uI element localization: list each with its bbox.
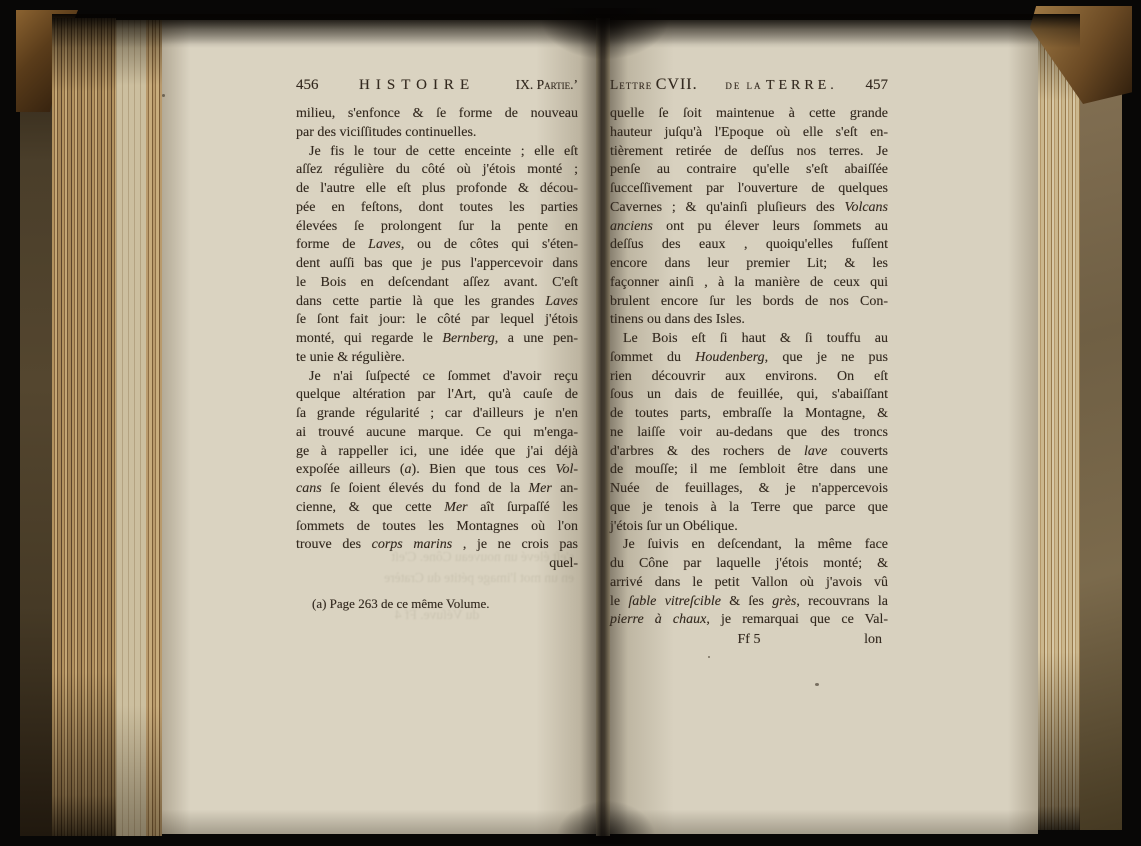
italic-text-segment: Houdenberg bbox=[695, 350, 764, 365]
text-segment: & ſes bbox=[721, 594, 772, 609]
italic-text-segment: Mer bbox=[444, 500, 467, 515]
dust-speck bbox=[708, 656, 710, 658]
text-segment: de toutes parts, embraſſe la Montagne, & bbox=[610, 406, 888, 421]
text-line: dent auſſi bas que je pus l'appercevoir … bbox=[296, 255, 578, 274]
text-segment: du Cône par laquelle j'étois monté; & bbox=[610, 556, 888, 571]
text-line: trouve des corps marins , je ne crois pa… bbox=[296, 536, 578, 555]
right-header-dela: de la bbox=[725, 78, 762, 92]
right-header-lettre: Lettre bbox=[610, 77, 652, 92]
text-line: de l'autre elle eſt plus profonde & déco… bbox=[296, 180, 578, 199]
text-line: forme de Laves, ou de côtes qui s'éten- bbox=[296, 236, 578, 255]
text-line: ge à rappeller ici, une idée que j'ai dé… bbox=[296, 443, 578, 462]
gathering-signature: Ff 5 bbox=[738, 631, 761, 650]
text-segment: façonner ainſi , à la manière de ceux qu… bbox=[610, 275, 888, 290]
text-line: Je n'ai ſuſpecté ce ſommet d'avoir reçu bbox=[296, 368, 578, 387]
text-segment: ). Bien que tous ces bbox=[412, 462, 556, 477]
dust-speck bbox=[162, 94, 165, 97]
text-segment: Nuée de feuillages, & je n'appercevois bbox=[610, 481, 888, 496]
italic-text-segment: pierre à chaux bbox=[610, 612, 706, 627]
text-segment: encore dans leur premier Lit; & les bbox=[610, 256, 888, 271]
text-segment: monté, qui regarde le bbox=[296, 331, 442, 346]
text-segment: deſſus des eaux , quoiqu'elles fuſſent bbox=[610, 237, 888, 252]
right-page-edges bbox=[1038, 20, 1080, 830]
left-page-edges-inner-band bbox=[146, 20, 162, 836]
text-segment: Je fis le tour de cette enceinte ; elle … bbox=[309, 144, 578, 159]
text-segment: ſe ſoient élevés du fond de la bbox=[322, 481, 529, 496]
text-segment: forme de bbox=[296, 237, 368, 252]
italic-text-segment: Laves bbox=[545, 294, 578, 309]
italic-text-segment: Laves bbox=[368, 237, 401, 252]
text-segment: Cavernes ; & qu'ainſi pluſieurs des bbox=[610, 200, 844, 215]
text-segment: , recouvrans la bbox=[796, 594, 888, 609]
text-line: cans ſe ſoient élevés du fond de la Mer … bbox=[296, 480, 578, 499]
dust-speck bbox=[815, 683, 819, 686]
text-segment: ſous un dais de feuillée, qui, s'abaiſſa… bbox=[610, 387, 888, 402]
text-line: ne laiſſe voir au-dedans que des troncs bbox=[610, 424, 888, 443]
text-line: pierre à chaux, je remarquai que ce Val- bbox=[610, 611, 888, 630]
text-line: penſe au contraire qu'elle s'eſt abaiſſé… bbox=[610, 161, 888, 180]
text-line: ſucceſſivement par l'ouverture de quelqu… bbox=[610, 180, 888, 199]
text-line: ſe ſont fait jour: le côté par lequel j'… bbox=[296, 311, 578, 330]
text-segment: te unie & régulière. bbox=[296, 350, 405, 365]
gutter-top-shadow bbox=[540, 8, 670, 60]
text-line: quelque altération par l'Art, qu'à cauſe… bbox=[296, 386, 578, 405]
text-segment: de l'autre elle eſt plus profonde & déco… bbox=[296, 181, 578, 196]
left-page-edges-light-band bbox=[116, 20, 146, 836]
text-segment: couverts bbox=[827, 444, 888, 459]
text-line: cienne, & que cette Mer aît ſurpaſſé les bbox=[296, 499, 578, 518]
text-line: encore dans leur premier Lit; & les bbox=[610, 255, 888, 274]
left-header-part-number: IX. bbox=[516, 77, 534, 92]
text-segment: aſſez régulière du côté où j'étois monté… bbox=[296, 162, 578, 177]
text-line: rien découvrir aux environs. On eſt bbox=[610, 368, 888, 387]
text-segment: ſa grande régularité ; car d'ailleurs je… bbox=[296, 406, 578, 421]
text-line: Je ſuivis en deſcendant, la même face bbox=[610, 536, 888, 555]
right-header-title-group: de la TERRE. bbox=[725, 76, 837, 96]
text-line: façonner ainſi , à la manière de ceux qu… bbox=[610, 274, 888, 293]
text-line: que je tenois à la Terre que parce que bbox=[610, 499, 888, 518]
right-catchword: lon bbox=[864, 631, 882, 650]
text-line: arrivé dans le petit Vallon où j'avois v… bbox=[610, 574, 888, 593]
text-line: pée en feſtons, dont toutes les parties bbox=[296, 199, 578, 218]
italic-text-segment: ſable vitreſcible bbox=[628, 594, 721, 609]
text-segment: hauteur juſqu'à l'Epoque où elle s'eſt e… bbox=[610, 125, 888, 140]
text-line: monté, qui regarde le Bernberg, a une pe… bbox=[296, 330, 578, 349]
italic-text-segment: Vol- bbox=[555, 462, 578, 477]
text-line: le Bois en deſcendant aſſez avant. C'eſt bbox=[296, 274, 578, 293]
left-page-number: 456 bbox=[296, 76, 319, 95]
left-header-part: IX. Partie.’ bbox=[516, 76, 578, 95]
text-line: hauteur juſqu'à l'Epoque où elle s'eſt e… bbox=[610, 124, 888, 143]
text-segment: quelque altération par l'Art, qu'à cauſe… bbox=[296, 387, 578, 402]
text-segment: le bbox=[610, 594, 628, 609]
text-segment: cienne, & que cette bbox=[296, 500, 444, 515]
text-line: anciens ont pu élever leurs ſommets au bbox=[610, 218, 888, 237]
text-line: le ſable vitreſcible & ſes grès, recouvr… bbox=[610, 593, 888, 612]
text-line: par des viciſſitudes continuelles. bbox=[296, 124, 578, 143]
text-line: d'arbres & des rochers de lave couverts bbox=[610, 443, 888, 462]
left-catchword: quel- bbox=[296, 555, 578, 574]
text-line: quelle ſe ſoit maintenue à cette grande bbox=[610, 105, 888, 124]
text-line: ſous un dais de feuillée, qui, s'abaiſſa… bbox=[610, 386, 888, 405]
book-scan-photo: s'eſt élevé un nouveau Cône. C'eſt en un… bbox=[0, 0, 1141, 846]
italic-text-segment: Mer bbox=[528, 481, 551, 496]
text-segment: expoſée ailleurs ( bbox=[296, 462, 405, 477]
italic-text-segment: Bernberg bbox=[442, 331, 494, 346]
text-segment: an- bbox=[552, 481, 578, 496]
text-segment: ne laiſſe voir au-dedans que des troncs bbox=[610, 425, 888, 440]
right-running-head: Lettre CVII. de la TERRE. 457 bbox=[610, 76, 888, 97]
text-segment: ſommets de toutes les Montagnes où l'on bbox=[296, 519, 578, 534]
left-cover-board bbox=[20, 14, 54, 836]
text-segment: quelle ſe ſoit maintenue à cette grande bbox=[610, 106, 888, 121]
text-segment: rien découvrir aux environs. On eſt bbox=[610, 369, 888, 384]
text-line: ai trouvé aucune marque. Ce qui m'enga- bbox=[296, 424, 578, 443]
text-segment: ſucceſſivement par l'ouverture de quelqu… bbox=[610, 181, 888, 196]
text-segment: élevées ſe prolongent ſur la pente en bbox=[296, 219, 578, 234]
text-line: ſommets de toutes les Montagnes où l'on bbox=[296, 518, 578, 537]
text-segment: par des viciſſitudes continuelles. bbox=[296, 125, 476, 140]
right-cover-board bbox=[1080, 30, 1122, 830]
text-segment: Je ſuivis en deſcendant, la même face bbox=[623, 537, 888, 552]
text-line: aſſez régulière du côté où j'étois monté… bbox=[296, 161, 578, 180]
text-line: Cavernes ; & qu'ainſi pluſieurs des Volc… bbox=[610, 199, 888, 218]
text-segment: dent auſſi bas que je pus l'appercevoir … bbox=[296, 256, 578, 271]
text-line: expoſée ailleurs (a). Bien que tous ces … bbox=[296, 461, 578, 480]
text-line: deſſus des eaux , quoiqu'elles fuſſent bbox=[610, 236, 888, 255]
text-line: Je fis le tour de cette enceinte ; elle … bbox=[296, 143, 578, 162]
text-segment: ont pu élever leurs ſommets au bbox=[653, 219, 888, 234]
text-line: j'étois ſur un Obélique. bbox=[610, 518, 888, 537]
right-body-text: quelle ſe ſoit maintenue à cette grandeh… bbox=[610, 105, 888, 630]
text-line: dans cette partie là que les grandes Lav… bbox=[296, 293, 578, 312]
italic-text-segment: corps marins bbox=[372, 537, 453, 552]
text-line: tinens ou dans des Isles. bbox=[610, 311, 888, 330]
right-page-text: Lettre CVII. de la TERRE. 457 quelle ſe … bbox=[610, 76, 888, 650]
text-segment: que je tenois à la Terre que parce que bbox=[610, 500, 888, 515]
text-segment: j'étois ſur un Obélique. bbox=[610, 519, 738, 534]
text-segment: tièrement retirée de deſſus nos terres. … bbox=[610, 144, 888, 159]
text-line: milieu, s'enfonce & ſe forme de nouveau bbox=[296, 105, 578, 124]
left-footnote: (a) Page 263 de ce même Volume. bbox=[296, 595, 578, 614]
text-segment: penſe au contraire qu'elle s'eſt abaiſſé… bbox=[610, 162, 888, 177]
text-segment: , que je ne pus bbox=[765, 350, 888, 365]
left-running-head: 456 HISTOIRE IX. Partie.’ bbox=[296, 76, 578, 97]
text-line: de toutes parts, embraſſe la Montagne, & bbox=[610, 405, 888, 424]
text-segment: , je ne crois pas bbox=[452, 537, 578, 552]
right-signature-line: Ff 5 lon bbox=[610, 631, 888, 650]
italic-text-segment: grès bbox=[772, 594, 796, 609]
text-segment: brulent encore ſur les bords de nos Con- bbox=[610, 294, 888, 309]
text-line: de mouſſe; il me ſembloit être dans une bbox=[610, 461, 888, 480]
text-line: ſommet du Houdenberg, que je ne pus bbox=[610, 349, 888, 368]
italic-text-segment: anciens bbox=[610, 219, 653, 234]
text-segment: , ou de côtes qui s'éten- bbox=[401, 237, 578, 252]
left-body-text: milieu, s'enfonce & ſe forme de nouveaup… bbox=[296, 105, 578, 555]
gutter-shadow bbox=[596, 18, 610, 836]
text-line: tièrement retirée de deſſus nos terres. … bbox=[610, 143, 888, 162]
text-segment: d'arbres & des rochers de bbox=[610, 444, 804, 459]
left-header-part-word: Partie.’ bbox=[537, 77, 578, 92]
right-header-lettre-group: Lettre CVII. bbox=[610, 76, 698, 96]
left-page-text: 456 HISTOIRE IX. Partie.’ milieu, s'enfo… bbox=[296, 76, 578, 614]
text-segment: tinens ou dans des Isles. bbox=[610, 312, 745, 327]
text-line: du Cône par laquelle j'étois monté; & bbox=[610, 555, 888, 574]
text-line: Le Bois eſt ſi haut & ſi touffu au bbox=[610, 330, 888, 349]
text-segment: aît ſurpaſſé les bbox=[468, 500, 578, 515]
gutter-bottom-shadow bbox=[556, 800, 656, 844]
text-segment: pée en feſtons, dont toutes les parties bbox=[296, 200, 578, 215]
italic-text-segment: lave bbox=[804, 444, 827, 459]
italic-text-segment: cans bbox=[296, 481, 322, 496]
text-segment: ſommet du bbox=[610, 350, 695, 365]
text-segment: Le Bois eſt ſi haut & ſi touffu au bbox=[623, 331, 888, 346]
text-segment: ai trouvé aucune marque. Ce qui m'enga- bbox=[296, 425, 578, 440]
text-line: te unie & régulière. bbox=[296, 349, 578, 368]
text-segment: Je n'ai ſuſpecté ce ſommet d'avoir reçu bbox=[309, 369, 578, 384]
italic-text-segment: Volcans bbox=[844, 200, 888, 215]
right-header-terre: TERRE. bbox=[766, 78, 838, 93]
text-line: ſa grande régularité ; car d'ailleurs je… bbox=[296, 405, 578, 424]
text-segment: ſe ſont fait jour: le côté par lequel j'… bbox=[296, 312, 578, 327]
text-segment: milieu, s'enfonce & ſe forme de nouveau bbox=[296, 106, 578, 121]
left-header-title: HISTOIRE bbox=[359, 76, 475, 95]
text-segment: le Bois en deſcendant aſſez avant. C'eſt bbox=[296, 275, 578, 290]
text-segment: arrivé dans le petit Vallon où j'avois v… bbox=[610, 575, 888, 590]
text-segment: , je remarquai que ce Val- bbox=[706, 612, 888, 627]
right-header-number: CVII. bbox=[656, 76, 698, 93]
text-segment: , a une pen- bbox=[495, 331, 578, 346]
right-page-number: 457 bbox=[865, 76, 888, 95]
text-segment: dans cette partie là que les grandes bbox=[296, 294, 545, 309]
italic-text-segment: a bbox=[405, 462, 412, 477]
left-page-edges bbox=[52, 18, 116, 836]
text-segment: de mouſſe; il me ſembloit être dans une bbox=[610, 462, 888, 477]
text-line: élevées ſe prolongent ſur la pente en bbox=[296, 218, 578, 237]
text-line: Nuée de feuillages, & je n'appercevois bbox=[610, 480, 888, 499]
text-segment: trouve des bbox=[296, 537, 372, 552]
text-segment: ge à rappeller ici, une idée que j'ai dé… bbox=[296, 444, 578, 459]
text-line: brulent encore ſur les bords de nos Con- bbox=[610, 293, 888, 312]
